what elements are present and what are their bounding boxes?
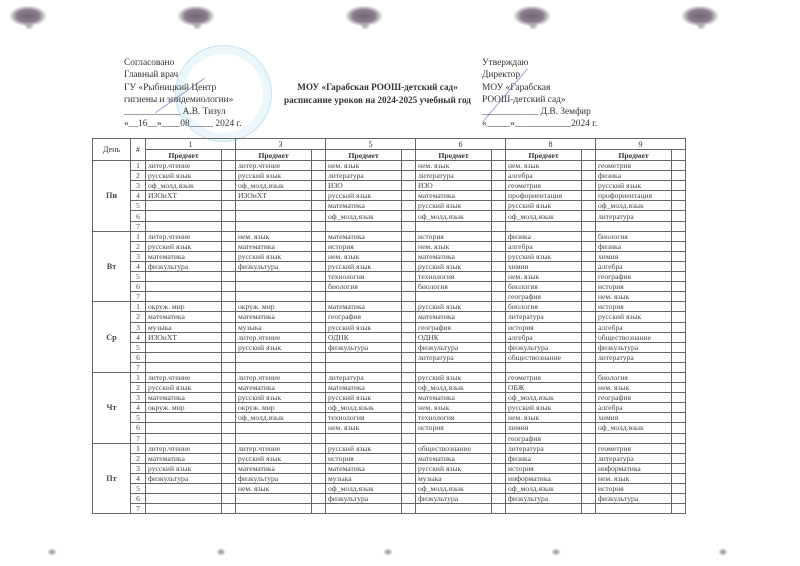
- lesson-number: 1: [131, 231, 146, 241]
- subject-cell: русский язык: [596, 181, 672, 191]
- room-cell: [402, 241, 416, 251]
- lesson-number: 5: [131, 272, 146, 282]
- table-row: 7: [93, 504, 686, 514]
- room-cell: [492, 322, 506, 332]
- subject-cell: физкультура: [146, 473, 222, 483]
- room-cell: [312, 372, 326, 382]
- subject-cell: [596, 433, 672, 443]
- lesson-number: 3: [131, 393, 146, 403]
- room-cell: [312, 393, 326, 403]
- subject-cell: оф_молд.язык: [416, 383, 492, 393]
- subject-cell: русский язык: [416, 302, 492, 312]
- subject-cell: оф_молд.язык: [326, 484, 402, 494]
- subject-cell: [416, 292, 492, 302]
- subject-cell: физкультура: [326, 494, 402, 504]
- subject-cell: литер.чтение: [146, 161, 222, 171]
- room-cell: [672, 231, 686, 241]
- room-cell: [312, 272, 326, 282]
- room-cell: [492, 484, 506, 494]
- room-cell: [222, 463, 236, 473]
- subject-cell: нем. язык: [416, 241, 492, 251]
- lesson-number: 4: [131, 473, 146, 483]
- subject-cell: физкультура: [326, 342, 402, 352]
- class-header: 5: [326, 139, 416, 150]
- table-row: 2русский языкматематикаисториянем. языка…: [93, 241, 686, 251]
- room-cell: [222, 302, 236, 312]
- subject-cell: русский язык: [146, 171, 222, 181]
- subject-cell: русский язык: [506, 251, 582, 261]
- subject-cell: алгебра: [596, 403, 672, 413]
- lesson-number: 3: [131, 181, 146, 191]
- subject-cell: окруж. мир: [236, 302, 312, 312]
- subject-cell: оф_молд.язык: [416, 211, 492, 221]
- approval-line: ГУ «Рыбницкий Центр: [124, 82, 242, 94]
- room-cell: [402, 211, 416, 221]
- subject-cell: русский язык: [416, 372, 492, 382]
- room-header: [672, 150, 686, 161]
- room-cell: [402, 504, 416, 514]
- room-cell: [582, 403, 596, 413]
- room-cell: [582, 453, 596, 463]
- room-cell: [672, 302, 686, 312]
- subject-cell: [236, 292, 312, 302]
- room-cell: [492, 342, 506, 352]
- room-cell: [672, 181, 686, 191]
- room-cell: [582, 362, 596, 372]
- subject-cell: алгебра: [596, 322, 672, 332]
- subject-header: Предмет: [236, 150, 312, 161]
- subject-cell: история: [416, 423, 492, 433]
- subject-cell: оф_молд.язык: [506, 211, 582, 221]
- subject-cell: география: [596, 272, 672, 282]
- room-cell: [402, 342, 416, 352]
- approval-line: ____________ А.В. Тизул: [124, 106, 242, 118]
- room-cell: [582, 211, 596, 221]
- subject-cell: нем. язык: [416, 403, 492, 413]
- subject-cell: [236, 272, 312, 282]
- room-cell: [672, 282, 686, 292]
- room-cell: [222, 181, 236, 191]
- day-cell: Чт: [93, 372, 131, 443]
- subject-cell: история: [416, 231, 492, 241]
- room-cell: [492, 473, 506, 483]
- lesson-number: 1: [131, 302, 146, 312]
- subject-cell: [416, 362, 492, 372]
- room-cell: [672, 403, 686, 413]
- room-cell: [492, 302, 506, 312]
- subject-cell: [416, 504, 492, 514]
- subject-cell: оф_молд.язык: [506, 484, 582, 494]
- room-cell: [312, 443, 326, 453]
- subject-cell: информатика: [506, 473, 582, 483]
- subject-cell: [236, 494, 312, 504]
- room-cell: [582, 372, 596, 382]
- room-cell: [492, 332, 506, 342]
- subject-cell: математика: [416, 191, 492, 201]
- subject-header: Предмет: [146, 150, 222, 161]
- subject-cell: оф_молд.язык: [506, 393, 582, 403]
- room-cell: [222, 473, 236, 483]
- subject-cell: русский язык: [416, 463, 492, 473]
- room-cell: [672, 312, 686, 322]
- table-row: 4физкультурафизкультурарусский языкрусск…: [93, 261, 686, 271]
- room-cell: [492, 433, 506, 443]
- subject-header: Предмет: [596, 150, 672, 161]
- subject-cell: физкультура: [596, 342, 672, 352]
- lesson-number: 5: [131, 413, 146, 423]
- subject-cell: оф_молд.язык: [596, 423, 672, 433]
- room-cell: [312, 282, 326, 292]
- day-cell: Пт: [93, 443, 131, 514]
- lesson-number: 7: [131, 221, 146, 231]
- room-cell: [492, 251, 506, 261]
- schedule-table: День # 135689 ПредметПредметПредметПредм…: [92, 138, 686, 514]
- header-num: #: [131, 139, 146, 161]
- approval-block-left: Согласовано Главный врач ГУ «Рыбницкий Ц…: [124, 57, 242, 131]
- room-cell: [402, 393, 416, 403]
- subject-cell: литер.чтение: [236, 372, 312, 382]
- room-cell: [492, 393, 506, 403]
- room-cell: [492, 494, 506, 504]
- scan-artifact: [346, 6, 382, 26]
- table-row: 2математикаматематикагеографияматематика…: [93, 312, 686, 322]
- table-row: 6биологиябиологиябиологияистория: [93, 282, 686, 292]
- subject-cell: [146, 272, 222, 282]
- room-cell: [402, 453, 416, 463]
- subject-cell: литература: [416, 352, 492, 362]
- subject-cell: [506, 362, 582, 372]
- room-cell: [222, 453, 236, 463]
- room-cell: [222, 484, 236, 494]
- subject-cell: алгебра: [596, 261, 672, 271]
- subject-cell: литература: [416, 171, 492, 181]
- table-row: 2русский языкматематикаматематикаоф_молд…: [93, 383, 686, 393]
- subject-cell: математика: [326, 463, 402, 473]
- room-cell: [492, 181, 506, 191]
- room-cell: [582, 322, 596, 332]
- subject-cell: математика: [146, 251, 222, 261]
- subject-cell: география: [506, 433, 582, 443]
- room-cell: [222, 272, 236, 282]
- table-row: 5нем. языкоф_молд.языкоф_молд.языкоф_мол…: [93, 484, 686, 494]
- subject-cell: окруж. мир: [146, 302, 222, 312]
- subject-cell: география: [326, 312, 402, 322]
- room-cell: [492, 312, 506, 322]
- room-cell: [582, 413, 596, 423]
- room-cell: [402, 292, 416, 302]
- subject-cell: музыка: [416, 473, 492, 483]
- subject-cell: [146, 342, 222, 352]
- scan-artifact: [10, 6, 46, 26]
- subject-cell: [146, 282, 222, 292]
- subject-cell: [596, 504, 672, 514]
- room-cell: [672, 443, 686, 453]
- room-cell: [672, 362, 686, 372]
- table-row: Ср1окруж. мирокруж. мирматематикарусский…: [93, 302, 686, 312]
- lesson-number: 3: [131, 251, 146, 261]
- subject-cell: география: [506, 292, 582, 302]
- table-row: 5оф_молд.языктехнологиятехнологиянем. яз…: [93, 413, 686, 423]
- lesson-number: 6: [131, 282, 146, 292]
- lesson-number: 7: [131, 362, 146, 372]
- room-cell: [222, 352, 236, 362]
- room-cell: [222, 362, 236, 372]
- room-cell: [582, 342, 596, 352]
- room-cell: [222, 261, 236, 271]
- subject-cell: математика: [416, 312, 492, 322]
- room-cell: [672, 261, 686, 271]
- subject-cell: обществознание: [596, 332, 672, 342]
- approval-line: Утверждаю: [482, 57, 597, 69]
- table-row: 7география: [93, 433, 686, 443]
- subject-cell: [506, 221, 582, 231]
- room-cell: [672, 352, 686, 362]
- room-cell: [582, 393, 596, 403]
- room-cell: [222, 322, 236, 332]
- subject-cell: литература: [596, 352, 672, 362]
- room-cell: [582, 312, 596, 322]
- room-cell: [312, 201, 326, 211]
- subject-cell: история: [506, 322, 582, 332]
- subject-cell: русский язык: [506, 201, 582, 211]
- room-cell: [492, 171, 506, 181]
- room-cell: [312, 473, 326, 483]
- room-cell: [222, 443, 236, 453]
- room-cell: [312, 484, 326, 494]
- room-cell: [222, 171, 236, 181]
- scan-artifact: [514, 6, 550, 26]
- table-row: Пт1литер.чтениелитер.чтениерусский языко…: [93, 443, 686, 453]
- room-cell: [402, 161, 416, 171]
- room-cell: [492, 292, 506, 302]
- subject-cell: нем. язык: [236, 484, 312, 494]
- table-row: 7: [93, 221, 686, 231]
- lesson-number: 6: [131, 211, 146, 221]
- room-cell: [672, 372, 686, 382]
- subject-cell: профориентация: [596, 191, 672, 201]
- room-cell: [402, 251, 416, 261]
- room-cell: [672, 342, 686, 352]
- room-cell: [222, 393, 236, 403]
- subject-cell: биология: [326, 282, 402, 292]
- subject-cell: русский язык: [326, 322, 402, 332]
- room-cell: [222, 221, 236, 231]
- lesson-number: 1: [131, 161, 146, 171]
- subject-cell: литер.чтение: [236, 443, 312, 453]
- room-cell: [312, 261, 326, 271]
- room-cell: [492, 282, 506, 292]
- class-header: 9: [596, 139, 686, 150]
- subject-cell: информатика: [596, 463, 672, 473]
- subject-cell: ИЗОиХТ: [146, 191, 222, 201]
- subject-cell: химия: [506, 261, 582, 271]
- subject-cell: русский язык: [236, 393, 312, 403]
- room-header: [402, 150, 416, 161]
- table-row: 3оф_молд.языкоф_молд.языкИЗОИЗОгеометрия…: [93, 181, 686, 191]
- room-header: [222, 150, 236, 161]
- room-cell: [222, 241, 236, 251]
- room-cell: [222, 413, 236, 423]
- room-cell: [402, 332, 416, 342]
- room-cell: [312, 292, 326, 302]
- lesson-number: 5: [131, 201, 146, 211]
- room-cell: [222, 423, 236, 433]
- room-cell: [222, 504, 236, 514]
- subject-cell: [146, 413, 222, 423]
- room-cell: [222, 191, 236, 201]
- room-cell: [582, 201, 596, 211]
- room-cell: [312, 494, 326, 504]
- subject-cell: физика: [596, 171, 672, 181]
- table-row: Вт1литер.чтениенем. языкматематикаистори…: [93, 231, 686, 241]
- lesson-number: 6: [131, 352, 146, 362]
- room-cell: [312, 251, 326, 261]
- subject-cell: нем. язык: [326, 251, 402, 261]
- room-cell: [582, 302, 596, 312]
- room-cell: [402, 261, 416, 271]
- subject-cell: математика: [416, 251, 492, 261]
- room-cell: [402, 191, 416, 201]
- room-cell: [402, 282, 416, 292]
- room-cell: [672, 484, 686, 494]
- lesson-number: 6: [131, 494, 146, 504]
- lesson-number: 7: [131, 433, 146, 443]
- room-cell: [672, 292, 686, 302]
- subject-cell: биология: [596, 231, 672, 241]
- title-line-2: расписание уроков на 2024-2025 учебный г…: [250, 94, 505, 107]
- subject-cell: ОБЖ: [506, 383, 582, 393]
- subject-cell: нем. язык: [326, 423, 402, 433]
- room-cell: [312, 453, 326, 463]
- class-header: 8: [506, 139, 596, 150]
- room-cell: [672, 251, 686, 261]
- room-cell: [402, 372, 416, 382]
- subject-cell: ОДНК: [416, 332, 492, 342]
- subject-cell: нем. язык: [236, 231, 312, 241]
- subject-cell: русский язык: [326, 191, 402, 201]
- lesson-number: 2: [131, 312, 146, 322]
- subject-cell: нем. язык: [326, 161, 402, 171]
- subject-cell: литература: [326, 372, 402, 382]
- table-row: 3русский языкматематикаматематикарусский…: [93, 463, 686, 473]
- subject-cell: математика: [326, 231, 402, 241]
- subject-cell: геометрия: [596, 443, 672, 453]
- room-cell: [672, 463, 686, 473]
- room-cell: [312, 181, 326, 191]
- room-cell: [312, 504, 326, 514]
- subject-cell: русский язык: [236, 453, 312, 463]
- room-cell: [582, 383, 596, 393]
- subject-cell: оф_молд.язык: [236, 181, 312, 191]
- approval-line: «__16__»____08_____ 2024 г.: [124, 118, 242, 130]
- room-cell: [402, 403, 416, 413]
- subject-cell: литер.чтение: [146, 231, 222, 241]
- lesson-number: 1: [131, 372, 146, 382]
- room-cell: [222, 292, 236, 302]
- subject-cell: окруж. мир: [146, 403, 222, 413]
- subject-cell: [326, 433, 402, 443]
- subject-cell: биология: [506, 302, 582, 312]
- subject-cell: русский язык: [236, 251, 312, 261]
- room-cell: [402, 171, 416, 181]
- subject-cell: математика: [146, 393, 222, 403]
- subject-cell: [236, 211, 312, 221]
- subject-cell: история: [506, 463, 582, 473]
- room-cell: [582, 191, 596, 201]
- room-cell: [312, 383, 326, 393]
- subject-cell: [236, 423, 312, 433]
- room-cell: [672, 171, 686, 181]
- scan-artifact: [178, 6, 214, 26]
- room-cell: [672, 221, 686, 231]
- room-cell: [222, 383, 236, 393]
- header-day: День: [93, 139, 131, 161]
- room-cell: [222, 211, 236, 221]
- room-cell: [312, 362, 326, 372]
- room-cell: [672, 322, 686, 332]
- table-row: 5русский языкфизкультурафизкультурафизку…: [93, 342, 686, 352]
- table-row: 6физкультурафизкультурафизкультурафизкул…: [93, 494, 686, 504]
- subject-cell: [236, 201, 312, 211]
- room-cell: [582, 161, 596, 171]
- room-cell: [402, 473, 416, 483]
- subject-cell: оф_молд.язык: [326, 403, 402, 413]
- room-cell: [492, 161, 506, 171]
- room-cell: [402, 312, 416, 322]
- room-cell: [312, 332, 326, 342]
- room-cell: [222, 251, 236, 261]
- room-cell: [402, 433, 416, 443]
- room-cell: [492, 201, 506, 211]
- subject-cell: литер.чтение: [236, 332, 312, 342]
- approval-line: ____________ Д.В. Земфир: [482, 106, 597, 118]
- subject-header: Предмет: [506, 150, 582, 161]
- room-cell: [402, 181, 416, 191]
- subject-cell: нем. язык: [506, 413, 582, 423]
- table-row: Чт1литер.чтениелитер.чтениелитературарус…: [93, 372, 686, 382]
- room-cell: [222, 201, 236, 211]
- lesson-number: 7: [131, 504, 146, 514]
- room-cell: [222, 161, 236, 171]
- class-header: 6: [416, 139, 506, 150]
- subject-cell: технология: [416, 413, 492, 423]
- room-cell: [222, 332, 236, 342]
- room-cell: [672, 332, 686, 342]
- subject-cell: [146, 423, 222, 433]
- subject-cell: биология: [416, 282, 492, 292]
- subject-cell: оф_молд.язык: [416, 484, 492, 494]
- room-cell: [402, 494, 416, 504]
- subject-cell: оф_молд.язык: [596, 201, 672, 211]
- room-cell: [402, 231, 416, 241]
- room-cell: [582, 443, 596, 453]
- subject-header: Предмет: [416, 150, 492, 161]
- subject-cell: ИЗОиХТ: [146, 332, 222, 342]
- room-cell: [582, 231, 596, 241]
- room-cell: [312, 161, 326, 171]
- subject-cell: физика: [596, 241, 672, 251]
- approval-line: Согласовано: [124, 57, 242, 69]
- room-cell: [582, 423, 596, 433]
- subject-cell: русский язык: [416, 201, 492, 211]
- room-cell: [222, 312, 236, 322]
- subject-cell: [596, 362, 672, 372]
- room-cell: [492, 372, 506, 382]
- subject-cell: история: [596, 282, 672, 292]
- subject-cell: нем. язык: [416, 161, 492, 171]
- table-row: 7географиянем. язык: [93, 292, 686, 302]
- lesson-number: 2: [131, 383, 146, 393]
